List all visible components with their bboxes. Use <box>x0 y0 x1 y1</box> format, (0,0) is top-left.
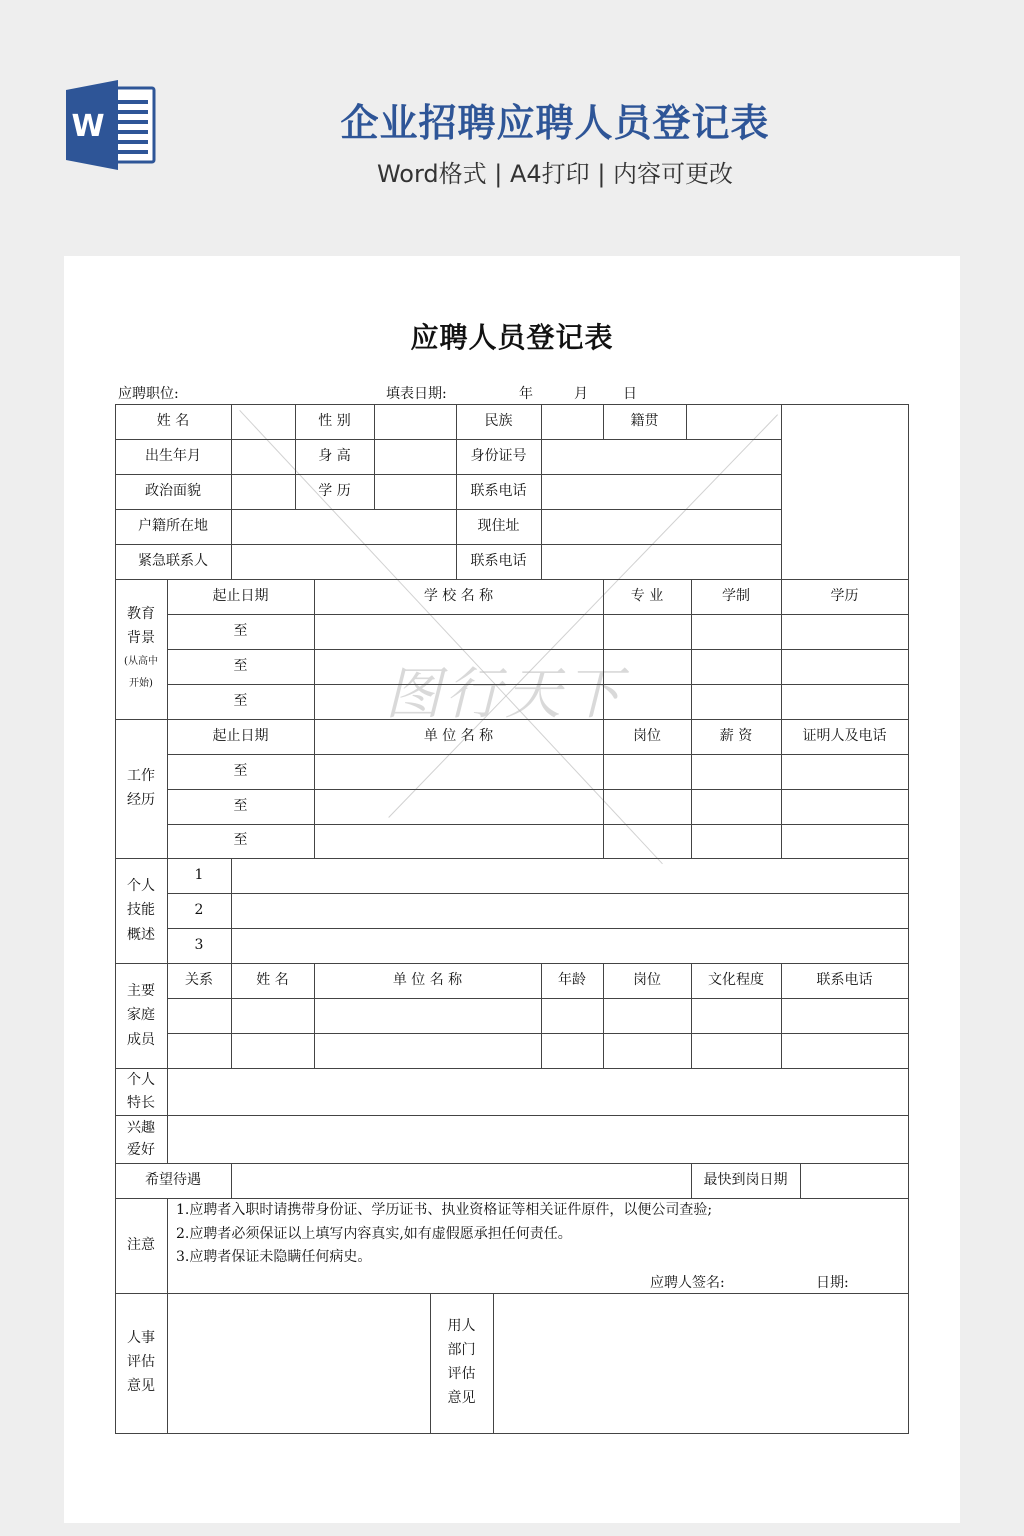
signature-date-label: 日期: <box>816 1272 849 1292</box>
word-doc-icon: W <box>64 80 156 170</box>
work-header-salary: 薪 资 <box>691 719 781 754</box>
label-education: 学 历 <box>295 474 374 509</box>
expected-salary-field[interactable] <box>231 1163 691 1198</box>
work-header-reference: 证明人及电话 <box>781 719 908 754</box>
family-header-education: 文化程度 <box>691 963 781 998</box>
fill-date-label: 填表日期: <box>386 383 447 403</box>
notice-item: 3.应聘者保证未隐瞒任何病史。 <box>176 1246 712 1270</box>
skill-field[interactable] <box>231 858 908 893</box>
date-month: 月 <box>574 383 588 403</box>
family-header-phone: 联系电话 <box>781 963 908 998</box>
signature-label: 应聘人签名: <box>650 1272 725 1292</box>
family-header-position: 岗位 <box>603 963 691 998</box>
notice-item: 1.应聘者入职时请携带身份证、学历证书、执业资格证等相关证件原件，以便公司查验; <box>176 1199 712 1223</box>
label-height: 身 高 <box>295 439 374 474</box>
gender-field[interactable] <box>374 404 456 439</box>
photo-box[interactable] <box>781 404 908 579</box>
label-phone: 联系电话 <box>456 474 541 509</box>
id-number-field[interactable] <box>541 439 781 474</box>
label-household: 户籍所在地 <box>115 509 231 544</box>
label-native-place: 籍贯 <box>603 404 686 439</box>
birth-field[interactable] <box>231 439 295 474</box>
notice-list: 1.应聘者入职时请携带身份证、学历证书、执业资格证等相关证件原件，以便公司查验;… <box>176 1199 712 1270</box>
work-section-label: 工作 经历 <box>115 719 167 858</box>
address-field[interactable] <box>541 509 781 544</box>
edu-header-major: 专 业 <box>603 579 691 614</box>
date-year: 年 <box>519 383 533 403</box>
skills-section-label: 个人 技能 概述 <box>115 858 167 963</box>
family-header-company: 单 位 名 称 <box>314 963 541 998</box>
position-label: 应聘职位: <box>118 383 179 403</box>
work-header-period: 起止日期 <box>167 719 314 754</box>
family-header-relation: 关系 <box>167 963 231 998</box>
work-period-field[interactable]: 至 <box>167 789 314 824</box>
skill-field[interactable] <box>231 928 908 963</box>
dept-evaluation-label: 用人 部门 评估 意见 <box>430 1293 493 1433</box>
work-period-field[interactable]: 至 <box>167 824 314 858</box>
banner-subtitle: Word格式 | A4打印 | 内容可更改 <box>300 154 810 189</box>
hobbies-label: 兴趣 爱好 <box>115 1115 167 1163</box>
label-start-date: 最快到岗日期 <box>691 1163 800 1198</box>
name-field[interactable] <box>231 404 295 439</box>
skill-number: 1 <box>167 858 231 893</box>
family-section-label: 主要 家庭 成员 <box>115 963 167 1068</box>
work-period-field[interactable]: 至 <box>167 754 314 789</box>
education-section-label: 教育 背景 (从高中 开始) <box>115 579 167 719</box>
notice-item: 2.应聘者必须保证以上填写内容真实,如有虚假愿承担任何责任。 <box>176 1223 712 1247</box>
label-gender: 性 别 <box>295 404 374 439</box>
dept-evaluation-field[interactable] <box>493 1293 908 1433</box>
hr-evaluation-label: 人事 评估 意见 <box>115 1293 167 1433</box>
edu-period-field[interactable]: 至 <box>167 614 314 649</box>
label-name: 姓 名 <box>115 404 231 439</box>
document-title: 应聘人员登记表 <box>0 316 1024 356</box>
specialty-field[interactable] <box>167 1068 908 1115</box>
start-date-field[interactable] <box>800 1163 908 1198</box>
edu-period-field[interactable]: 至 <box>167 684 314 719</box>
edu-header-school: 学 校 名 称 <box>314 579 603 614</box>
label-ethnicity: 民族 <box>456 404 541 439</box>
label-political: 政治面貌 <box>115 474 231 509</box>
svg-text:W: W <box>71 109 104 144</box>
height-field[interactable] <box>374 439 456 474</box>
phone-field[interactable] <box>541 474 781 509</box>
banner-title: 企业招聘应聘人员登记表 <box>300 92 810 147</box>
label-address: 现住址 <box>456 509 541 544</box>
household-field[interactable] <box>231 509 456 544</box>
label-birth: 出生年月 <box>115 439 231 474</box>
skill-number: 3 <box>167 928 231 963</box>
edu-header-period: 起止日期 <box>167 579 314 614</box>
skill-number: 2 <box>167 893 231 928</box>
work-header-company: 单 位 名 称 <box>314 719 603 754</box>
notice-label: 注意 <box>115 1198 167 1293</box>
hr-evaluation-field[interactable] <box>167 1293 430 1433</box>
political-field[interactable] <box>231 474 295 509</box>
skill-field[interactable] <box>231 893 908 928</box>
ethnicity-field[interactable] <box>541 404 603 439</box>
work-header-position: 岗位 <box>603 719 691 754</box>
education-field[interactable] <box>374 474 456 509</box>
label-id-number: 身份证号 <box>456 439 541 474</box>
label-expected-salary: 希望待遇 <box>115 1163 231 1198</box>
family-header-age: 年龄 <box>541 963 603 998</box>
edu-period-field[interactable]: 至 <box>167 649 314 684</box>
specialty-label: 个人 特长 <box>115 1068 167 1115</box>
edu-header-duration: 学制 <box>691 579 781 614</box>
family-header-name: 姓 名 <box>231 963 314 998</box>
emergency-phone-field[interactable] <box>541 544 781 579</box>
label-emergency-phone: 联系电话 <box>456 544 541 579</box>
emergency-field[interactable] <box>231 544 456 579</box>
label-emergency: 紧急联系人 <box>115 544 231 579</box>
edu-header-degree: 学历 <box>781 579 908 614</box>
date-day: 日 <box>623 383 637 403</box>
native-place-field[interactable] <box>686 404 781 439</box>
hobbies-field[interactable] <box>167 1115 908 1163</box>
